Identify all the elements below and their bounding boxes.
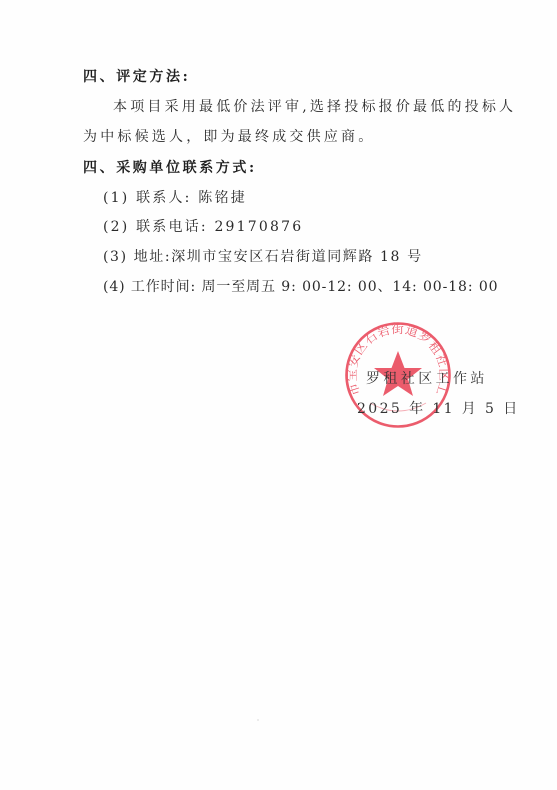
evaluation-body-line-2: 为中标候选人，即为最终成交供应商。 [83, 129, 375, 145]
contact-item-person: (1) 联系人: 陈铭捷 [103, 190, 247, 206]
document-page: 四、评定方法: 本项目采用最低价法评审,选择投标报价最低的投标人 为中标候选人，… [0, 0, 557, 790]
signature-date: 2025 年 11 月 5 日 [357, 401, 520, 417]
contact-item-hours: (4) 工作时间: 周一至周五 9: 00-12: 00、14: 00-18: … [103, 279, 498, 295]
contact-item-phone: (2) 联系电话: 29170876 [103, 219, 303, 235]
signature-organization: 罗租社区工作站 [366, 371, 488, 387]
evaluation-body-line-1: 本项目采用最低价法评审,选择投标报价最低的投标人 [113, 99, 516, 115]
section-heading-evaluation: 四、评定方法: [83, 69, 190, 85]
section-heading-contact: 四、采购单位联系方式: [83, 160, 257, 176]
contact-item-address: (3) 地址:深圳市宝安区石岩街道同辉路 18 号 [103, 249, 423, 265]
scan-speck [257, 719, 259, 721]
